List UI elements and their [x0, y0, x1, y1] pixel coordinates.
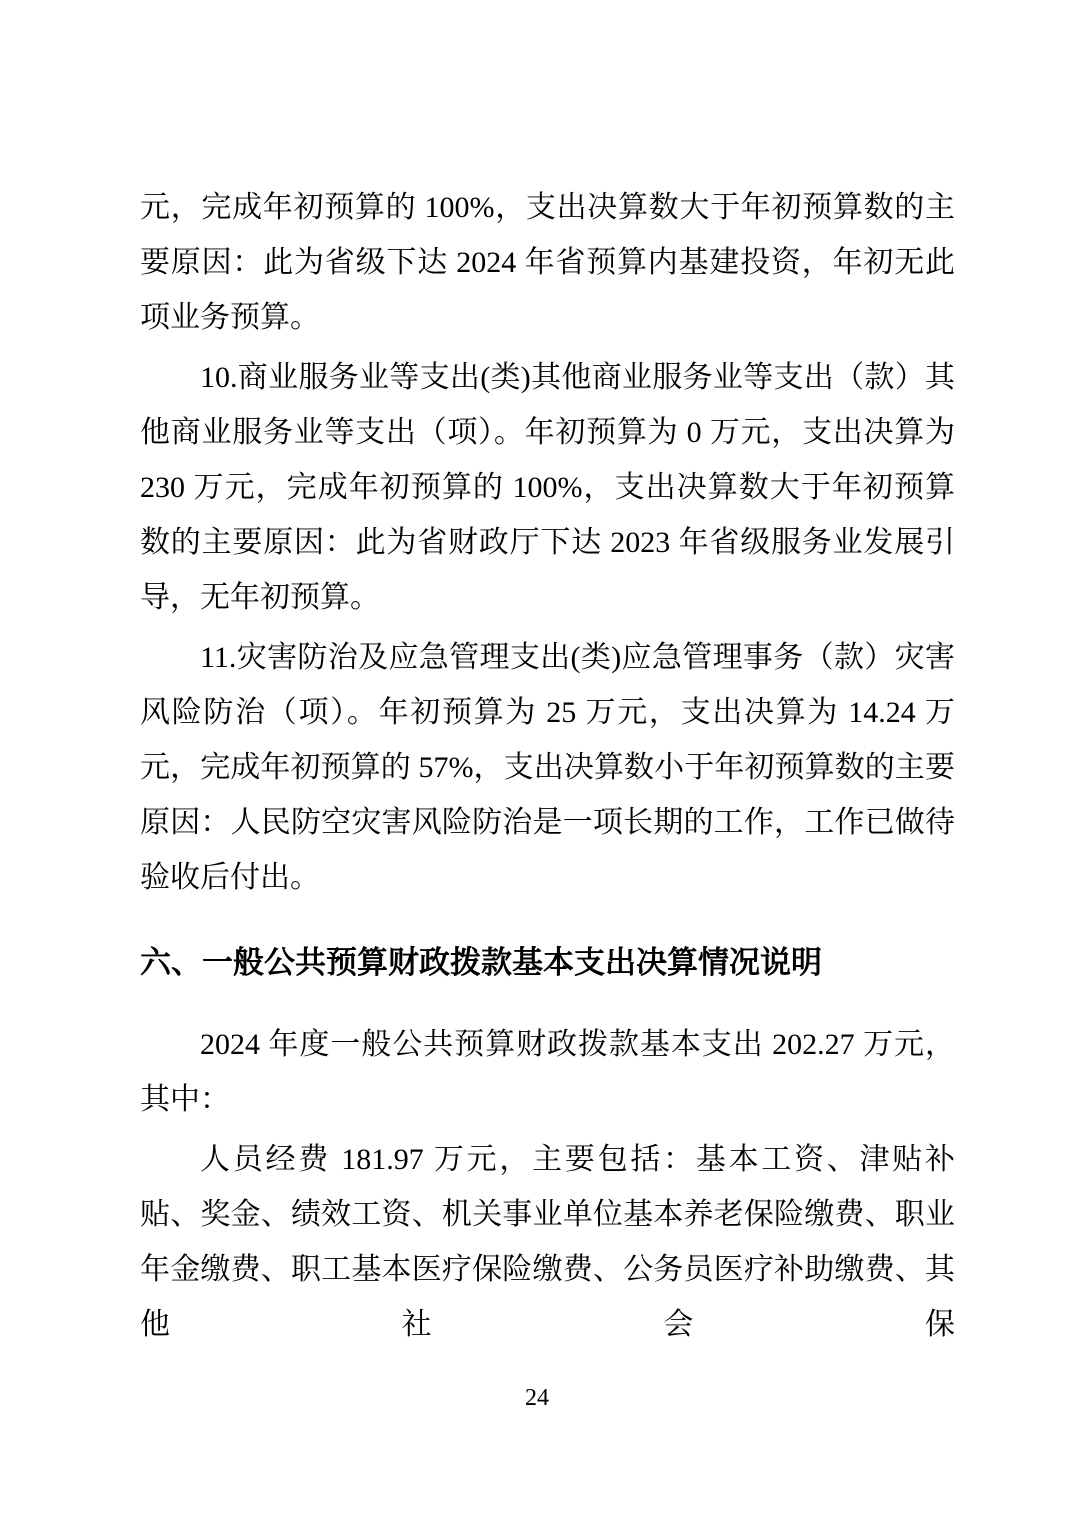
paragraph-basic-expenditure-total: 2024 年度一般公共预算财政拨款基本支出 202.27 万元，其中： — [140, 1017, 955, 1127]
paragraph-personnel-expenses: 人员经费 181.97 万元，主要包括：基本工资、津贴补贴、奖金、绩效工资、机关… — [140, 1132, 955, 1352]
document-page: 元，完成年初预算的 100%，支出决算数大于年初预算数的主要原因：此为省级下达 … — [0, 0, 1074, 1520]
paragraph-item-11-disaster-prevention: 11.灾害防治及应急管理支出(类)应急管理事务（款）灾害风险防治（项）。年初预算… — [140, 630, 955, 905]
page-number: 24 — [0, 1384, 1074, 1412]
document-body: 元，完成年初预算的 100%，支出决算数大于年初预算数的主要原因：此为省级下达 … — [140, 180, 955, 1357]
paragraph-item-10-commercial-services: 10.商业服务业等支出(类)其他商业服务业等支出（款）其他商业服务业等支出（项）… — [140, 350, 955, 625]
paragraph-continuation: 元，完成年初预算的 100%，支出决算数大于年初预算数的主要原因：此为省级下达 … — [140, 180, 955, 345]
section-heading-six: 六、一般公共预算财政拨款基本支出决算情况说明 — [140, 935, 955, 990]
